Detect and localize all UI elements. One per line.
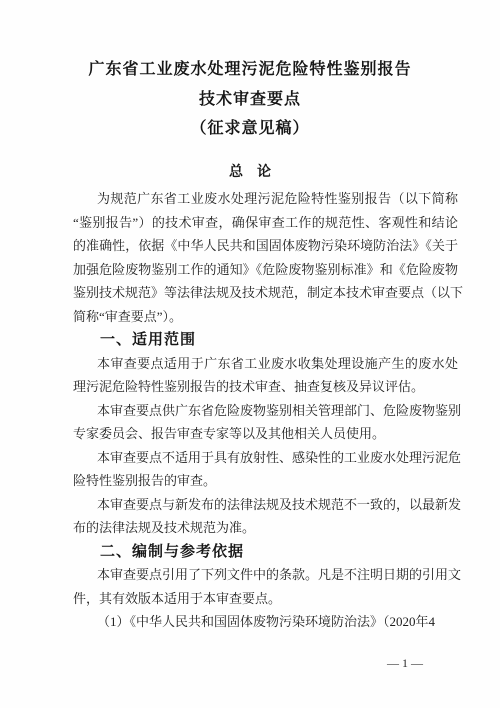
section-heading-references: 二、编制与参考依据	[73, 540, 458, 564]
body-line: “鉴别报告”）的技术审查，确保审查工作的规范性、客观性和结论	[73, 211, 458, 235]
body-line: 的准确性，依据《中华人民共和国固体废物污染环境防治法》《关于	[73, 234, 458, 258]
body-line: 简称“审查要点”）。	[73, 305, 458, 329]
body-line: 加强危险废物鉴别工作的通知》《危险废物鉴别标准》和《危险废物	[73, 258, 458, 282]
document-page: 广东省工业废水处理污泥危险特性鉴别报告 技术审查要点 （征求意见稿） 总 论 为…	[0, 0, 500, 708]
body-line: 件，其有效版本适用于本审查要点。	[73, 587, 458, 611]
body-line: 为规范广东省工业废水处理污泥危险特性鉴别报告（以下简称	[73, 187, 458, 211]
body-line: 本审查要点供广东省危险废物鉴别相关管理部门、危险废物鉴别	[73, 399, 458, 423]
title-line-1: 广东省工业废水处理污泥危险特性鉴别报告	[0, 55, 500, 85]
page-number: — 1 —	[387, 656, 423, 670]
body-line: 专家委员会、报告审查专家等以及其他相关人员使用。	[73, 422, 458, 446]
body-line: 鉴别技术规范》等法律法规及技术规范，制定本技术审查要点（以下	[73, 281, 458, 305]
body-line: 险特性鉴别报告的审查。	[73, 469, 458, 493]
title-line-2: 技术审查要点	[0, 85, 500, 115]
title-line-3: （征求意见稿）	[0, 114, 500, 144]
body-line: 本审查要点适用于广东省工业废水收集处理设施产生的废水处	[73, 352, 458, 376]
body-line: 本审查要点引用了下列文件中的条款。凡是不注明日期的引用文	[73, 563, 458, 587]
body-line: 布的法律法规及技术规范为准。	[73, 516, 458, 540]
section-heading-scope: 一、适用范围	[73, 328, 458, 352]
chapter-heading: 总 论	[0, 166, 500, 180]
body-line: 本审查要点与新发布的法律法规及技术规范不一致的，以最新发	[73, 493, 458, 517]
document-title: 广东省工业废水处理污泥危险特性鉴别报告 技术审查要点 （征求意见稿）	[0, 55, 500, 144]
body-line: 理污泥危险特性鉴别报告的技术审查、抽查复核及异议评估。	[73, 375, 458, 399]
body-line: （1）《中华人民共和国固体废物污染环境防治法》（2020年4	[73, 610, 458, 634]
body-line: 本审查要点不适用于具有放射性、感染性的工业废水处理污泥危	[73, 446, 458, 470]
document-body: 为规范广东省工业废水处理污泥危险特性鉴别报告（以下简称 “鉴别报告”）的技术审查…	[73, 187, 458, 634]
